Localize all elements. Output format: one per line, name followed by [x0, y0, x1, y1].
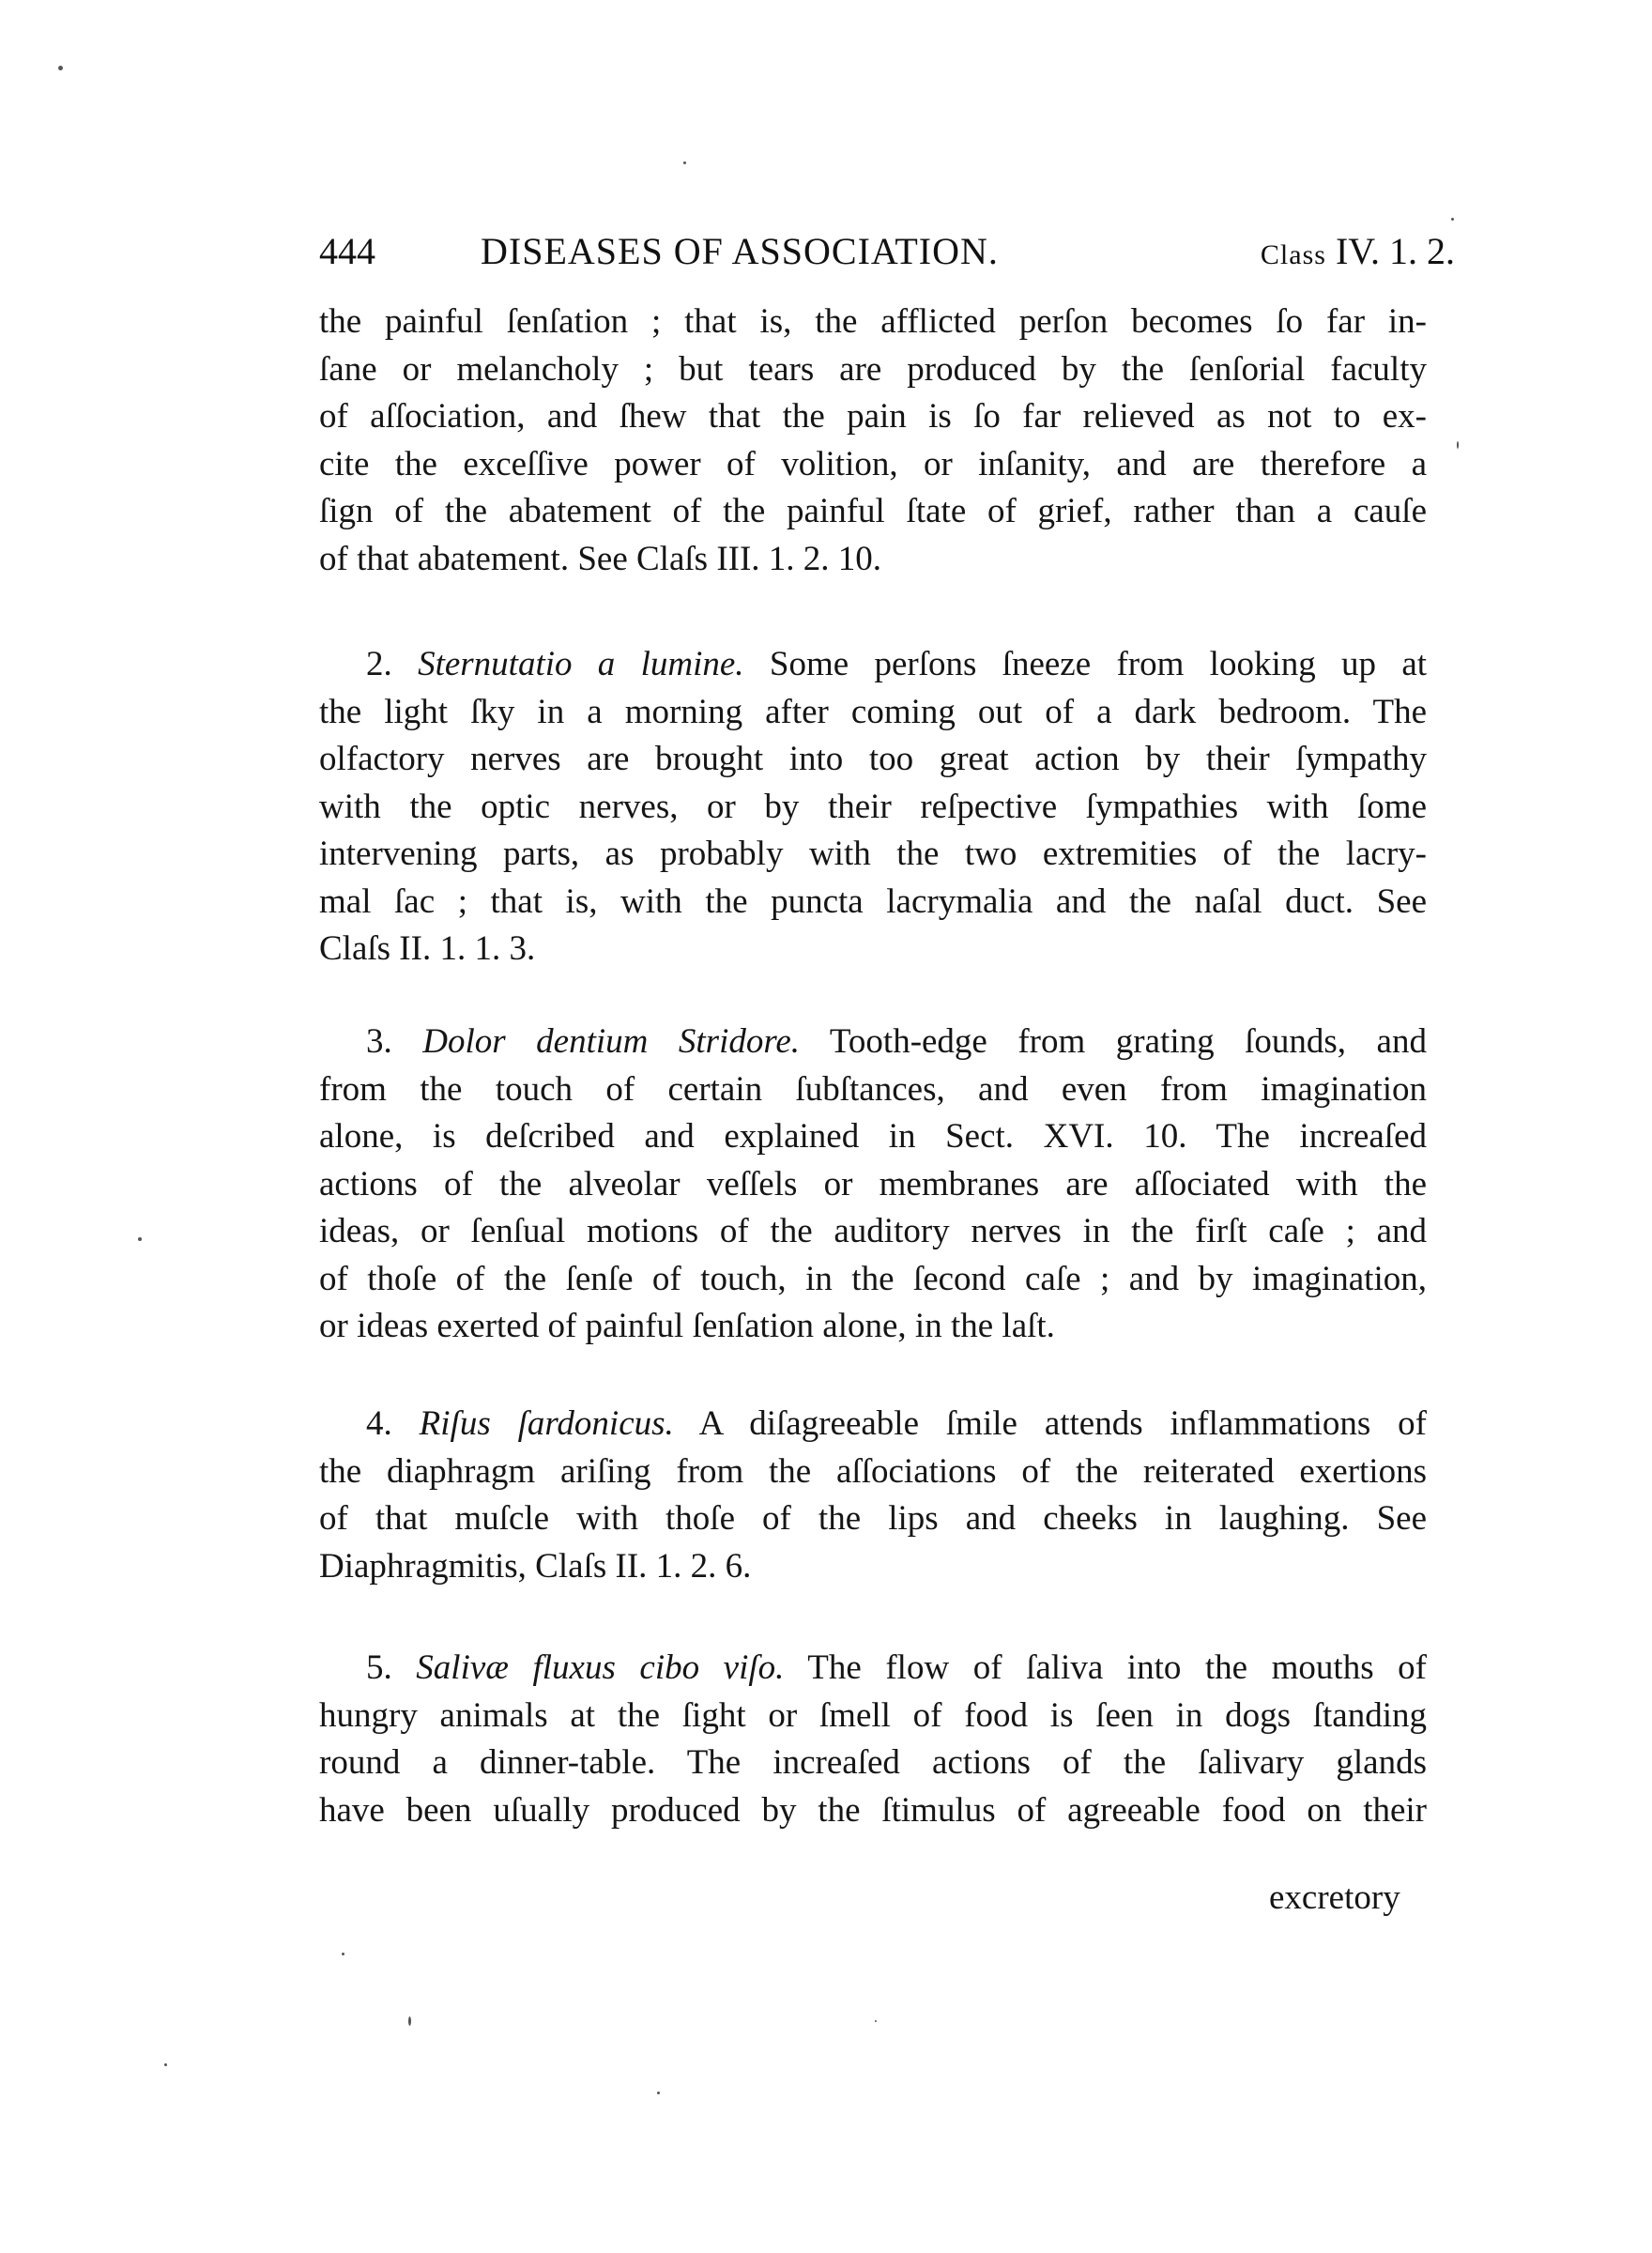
item-number: 3. — [366, 1022, 392, 1061]
first-line: 4. Riſus ſardonicus. A diſagreeable ſmil… — [319, 1401, 1427, 1448]
page-number: 444 — [319, 223, 375, 280]
lemma: Dolor dentium Stridore. — [422, 1022, 800, 1061]
class-label: Class — [1261, 239, 1326, 270]
text-line: of thoſe of the ſenſe of touch, in the ſ… — [319, 1256, 1427, 1304]
text-line: the diaphragm ariſing from the aſſociati… — [319, 1448, 1427, 1496]
paragraph-item-2: 2. Sternutatio a lumine. Some perſons ſn… — [319, 641, 1427, 973]
text-line: from the touch of certain ſubſtances, an… — [319, 1066, 1427, 1114]
paragraph-item-4: 4. Riſus ſardonicus. A diſagreeable ſmil… — [319, 1401, 1427, 1590]
running-head: 444 DISEASES OF ASSOCIATION. Class IV. 1… — [319, 223, 1464, 280]
paragraph-continuation: the painful ſenſation ; that is, the aff… — [319, 299, 1427, 583]
scan-speck — [58, 66, 63, 70]
text-line: round a dinner-table. The increaſed acti… — [319, 1740, 1427, 1787]
scan-speck — [1457, 441, 1459, 449]
text-line: cite the exceſſive power of volition, or… — [319, 441, 1427, 489]
text-line: alone, is deſcribed and explained in Sec… — [319, 1113, 1427, 1161]
text-line: of aſſociation, and ſhew that the pain i… — [319, 393, 1427, 441]
text-line: the painful ſenſation ; that is, the aff… — [319, 299, 1427, 346]
first-line: 3. Dolor dentium Stridore. Tooth-edge fr… — [319, 1019, 1427, 1066]
scan-speck — [1451, 218, 1454, 221]
text-line: or ideas exerted of painful ſenſation al… — [319, 1303, 1427, 1351]
item-number: 5. — [366, 1648, 392, 1687]
scan-speck — [164, 2063, 167, 2066]
scan-speck — [683, 161, 686, 164]
text-line: of that abatement. See Claſs III. 1. 2. … — [319, 536, 1427, 584]
first-line: 2. Sternutatio a lumine. Some perſons ſn… — [319, 641, 1427, 689]
class-reference: Class IV. 1. 2. — [1261, 223, 1455, 284]
paragraph-item-5: 5. Salivæ fluxus cibo viſo. The flow of … — [319, 1645, 1427, 1834]
text-line: ideas, or ſenſual motions of the auditor… — [319, 1208, 1427, 1256]
scan-speck — [342, 1953, 344, 1955]
scan-speck — [138, 1237, 142, 1241]
text-line: have been uſually produced by the ſtimul… — [319, 1787, 1427, 1835]
text-line: actions of the alveolar veſſels or membr… — [319, 1161, 1427, 1209]
scan-speck — [408, 2016, 411, 2026]
text-line: olfactory nerves are brought into too gr… — [319, 736, 1427, 784]
first-line-text: Tooth-edge from grating ſounds, and — [830, 1022, 1427, 1061]
text-line: intervening parts, as probably with the … — [319, 831, 1427, 879]
text-line: with the optic nerves, or by their reſpe… — [319, 784, 1427, 832]
text-line: the light ſky in a morning after coming … — [319, 689, 1427, 737]
book-page: 444 DISEASES OF ASSOCIATION. Class IV. 1… — [0, 0, 1652, 2253]
first-line-text: The flow of ſaliva into the mouths of — [807, 1648, 1427, 1687]
lemma: Sternutatio a lumine. — [418, 645, 744, 683]
lemma: Salivæ fluxus cibo viſo. — [416, 1648, 784, 1687]
lemma: Riſus ſardonicus. — [420, 1404, 674, 1443]
first-line-text: A diſagreeable ſmile attends inflammatio… — [699, 1404, 1427, 1443]
class-number: IV. 1. 2. — [1336, 230, 1455, 272]
paragraph-item-3: 3. Dolor dentium Stridore. Tooth-edge fr… — [319, 1019, 1427, 1351]
scan-speck — [875, 2020, 877, 2022]
text-line: Diaphragmitis, Claſs II. 1. 2. 6. — [319, 1543, 1427, 1591]
text-line: ſane or melancholy ; but tears are produ… — [319, 346, 1427, 394]
text-line: ſign of the abatement of the painful ſta… — [319, 488, 1427, 536]
text-line: mal ſac ; that is, with the puncta lacry… — [319, 879, 1427, 927]
scan-speck — [657, 2092, 660, 2094]
first-line-text: Some perſons ſneeze from looking up at — [770, 645, 1427, 683]
item-number: 2. — [366, 645, 392, 683]
text-line: Claſs II. 1. 1. 3. — [319, 926, 1427, 973]
first-line: 5. Salivæ fluxus cibo viſo. The flow of … — [319, 1645, 1427, 1693]
text-line: hungry animals at the ſight or ſmell of … — [319, 1693, 1427, 1740]
catchword: excretory — [1269, 1877, 1400, 1918]
running-title: DISEASES OF ASSOCIATION. — [481, 223, 999, 280]
item-number: 4. — [366, 1404, 392, 1443]
text-line: of that muſcle with thoſe of the lips an… — [319, 1495, 1427, 1543]
